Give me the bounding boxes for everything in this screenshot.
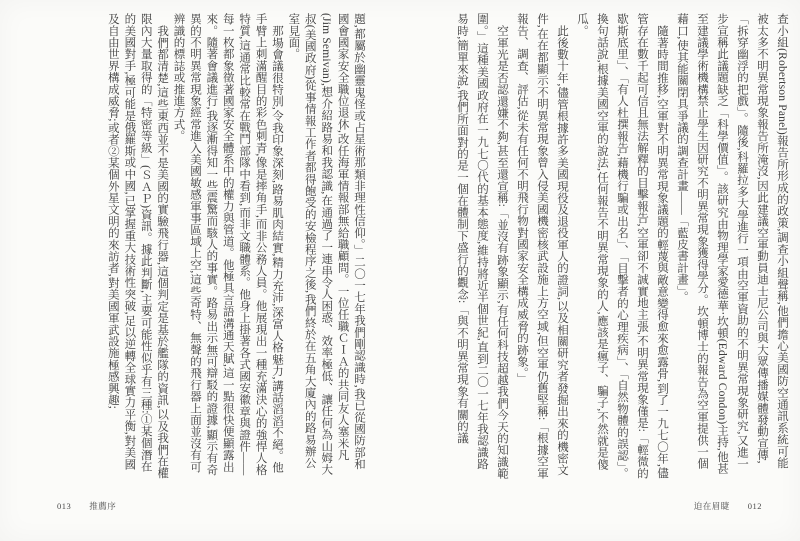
paragraph: 此後數十年,儘管根據許多美國現役及退役軍人的證詞,以及相關研究者發掘出來的機密文… <box>512 13 572 480</box>
footer-right-page-number: 012 <box>748 501 762 511</box>
paragraph: 我們都清楚,這些東西並不是美國的實驗飛行器,這個判定是基於艦隊的資訊,以及我們在… <box>105 13 170 480</box>
paragraph: 題,都屬於幽靈鬼怪或占星術那類非理性信仰。」二〇一七年我們剛認識時,我已從國防部… <box>285 13 367 480</box>
footer-right-book-title: 迫在眉睫 <box>694 501 730 511</box>
footer-left-page-number: 013 <box>57 501 71 511</box>
paragraph: 查小組(Robertson Panel)報告所形成的政策,調查小組聲稱,他們擔心… <box>672 13 792 480</box>
book-spread: 查小組(Robertson Panel)報告所形成的政策,調查小組聲稱,他們擔心… <box>0 0 800 541</box>
page-right-text-block: 查小組(Robertson Panel)報告所形成的政策,調查小組聲稱,他們擔心… <box>452 13 792 480</box>
paragraph: 那場會議很特別,令我印象深刻,路易肌肉結實,精力充沛,深富人格魅力,講話滔滔不絕… <box>170 13 285 480</box>
paragraph: 空軍光是否認還嫌不夠,甚至還宣稱:「並沒有跡象顯示,有任何科技超越我們今天的知識… <box>452 13 512 480</box>
page-left-text-block: 題,都屬於幽靈鬼怪或占星術那類非理性信仰。」二〇一七年我們剛認識時,我已從國防部… <box>105 13 367 480</box>
paragraph: 隨著時間推移,空軍對不明異常現象議題的輕蔑與敵意變得愈來愈露骨,到了一九七〇年,… <box>572 13 672 480</box>
footer-right: 迫在眉睫012 <box>694 500 762 512</box>
footer-left: 013推薦序 <box>57 500 116 512</box>
footer-left-section-label: 推薦序 <box>89 501 116 511</box>
